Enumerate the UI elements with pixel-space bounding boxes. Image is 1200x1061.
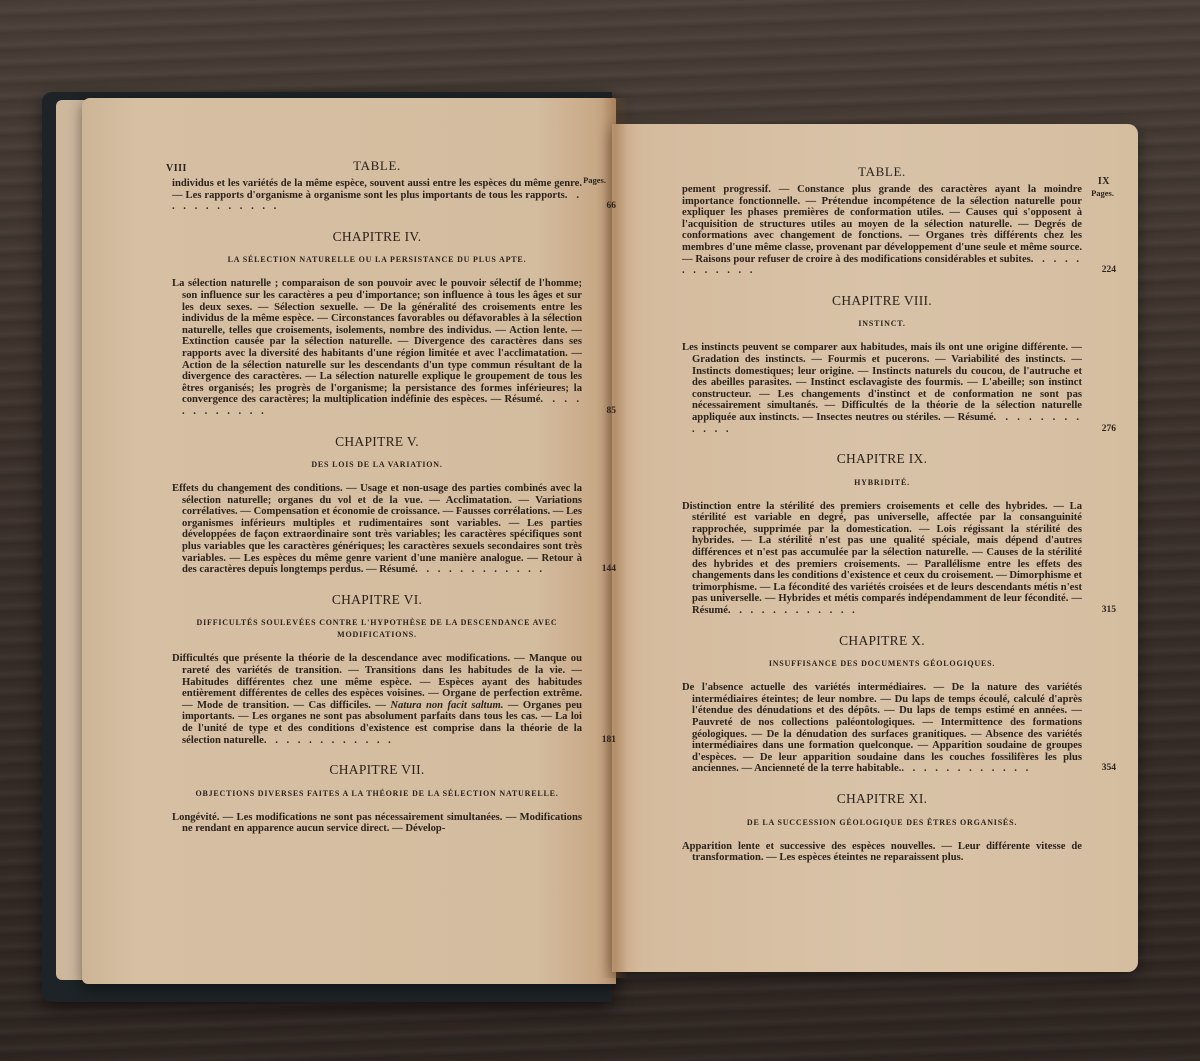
chapter-heading: CHAPITRE V. xyxy=(172,436,582,448)
toc-entry: Les instincts peuvent se comparer aux ha… xyxy=(682,342,1082,435)
running-head: VIII TABLE. xyxy=(172,160,582,178)
page-number: 315 xyxy=(1102,605,1116,617)
chapter-subtitle: INSUFFISANCE DES DOCUMENTS GÉOLOGIQUES. xyxy=(682,658,1082,670)
page-folio: VIII xyxy=(166,163,187,175)
page-number: 85 xyxy=(607,406,617,418)
chapter-heading: CHAPITRE X. xyxy=(682,635,1082,647)
running-head: TABLE. IX xyxy=(682,166,1082,184)
chapter-subtitle: DES LOIS DE LA VARIATION. xyxy=(172,459,582,471)
page-number: 144 xyxy=(602,564,616,576)
chapter-heading: CHAPITRE IX. xyxy=(682,453,1082,465)
latin-phrase: Natura non facit saltum. xyxy=(390,700,503,711)
chapter-heading: CHAPITRE VI. xyxy=(172,594,582,606)
running-title: TABLE. xyxy=(172,160,582,172)
chapter-heading: CHAPITRE VIII. xyxy=(682,295,1082,307)
page-number: 66 xyxy=(607,201,617,213)
chapter-subtitle: DIFFICULTÉS SOULEVÉES CONTRE L'HYPOTHÈSE… xyxy=(172,617,582,641)
toc-entry: Effets du changement des conditions. — U… xyxy=(172,483,582,576)
page-number: 181 xyxy=(602,735,616,747)
page-number: 276 xyxy=(1102,424,1116,436)
book-gutter xyxy=(602,98,628,978)
chapter-heading: CHAPITRE VII. xyxy=(172,764,582,776)
chapter-subtitle: DE LA SUCCESSION GÉOLOGIQUE DES ÊTRES OR… xyxy=(682,817,1082,829)
chapter-subtitle: HYBRIDITÉ. xyxy=(682,477,1082,489)
left-page-content: VIII TABLE. Pages. individus et les vari… xyxy=(172,160,582,835)
chapter-subtitle: INSTINCT. xyxy=(682,318,1082,330)
toc-entry: Difficultés que présente la théorie de l… xyxy=(172,653,582,746)
chapter-subtitle: LA SÉLECTION NATURELLE OU LA PERSISTANCE… xyxy=(172,254,582,266)
pages-column-label: Pages. xyxy=(1091,188,1114,200)
toc-entry: Distinction entre la stérilité des premi… xyxy=(682,501,1082,617)
running-title: TABLE. xyxy=(682,166,1082,178)
chapter-heading: CHAPITRE IV. xyxy=(172,231,582,243)
page-number: 224 xyxy=(1102,265,1116,277)
pages-column-label: Pages. xyxy=(583,175,606,187)
toc-entry: Apparition lente et successive des espèc… xyxy=(682,841,1082,864)
chapter-heading: CHAPITRE XI. xyxy=(682,793,1082,805)
toc-entry: Longévité. — Les modifications ne sont p… xyxy=(172,812,582,835)
toc-entry-continuation: pement progressif. — Constance plus gran… xyxy=(682,184,1082,277)
toc-entry-continuation: individus et les variétés de la même esp… xyxy=(172,178,582,213)
page-folio: IX xyxy=(1098,176,1110,188)
toc-entry: La sélection naturelle ; comparaison de … xyxy=(172,278,582,417)
toc-entry: De l'absence actuelle des variétés inter… xyxy=(682,682,1082,775)
chapter-subtitle: OBJECTIONS DIVERSES FAITES A LA THÉORIE … xyxy=(172,788,582,800)
right-page-content: TABLE. IX Pages. pement progressif. — Co… xyxy=(682,166,1082,864)
page-number: 354 xyxy=(1102,763,1116,775)
